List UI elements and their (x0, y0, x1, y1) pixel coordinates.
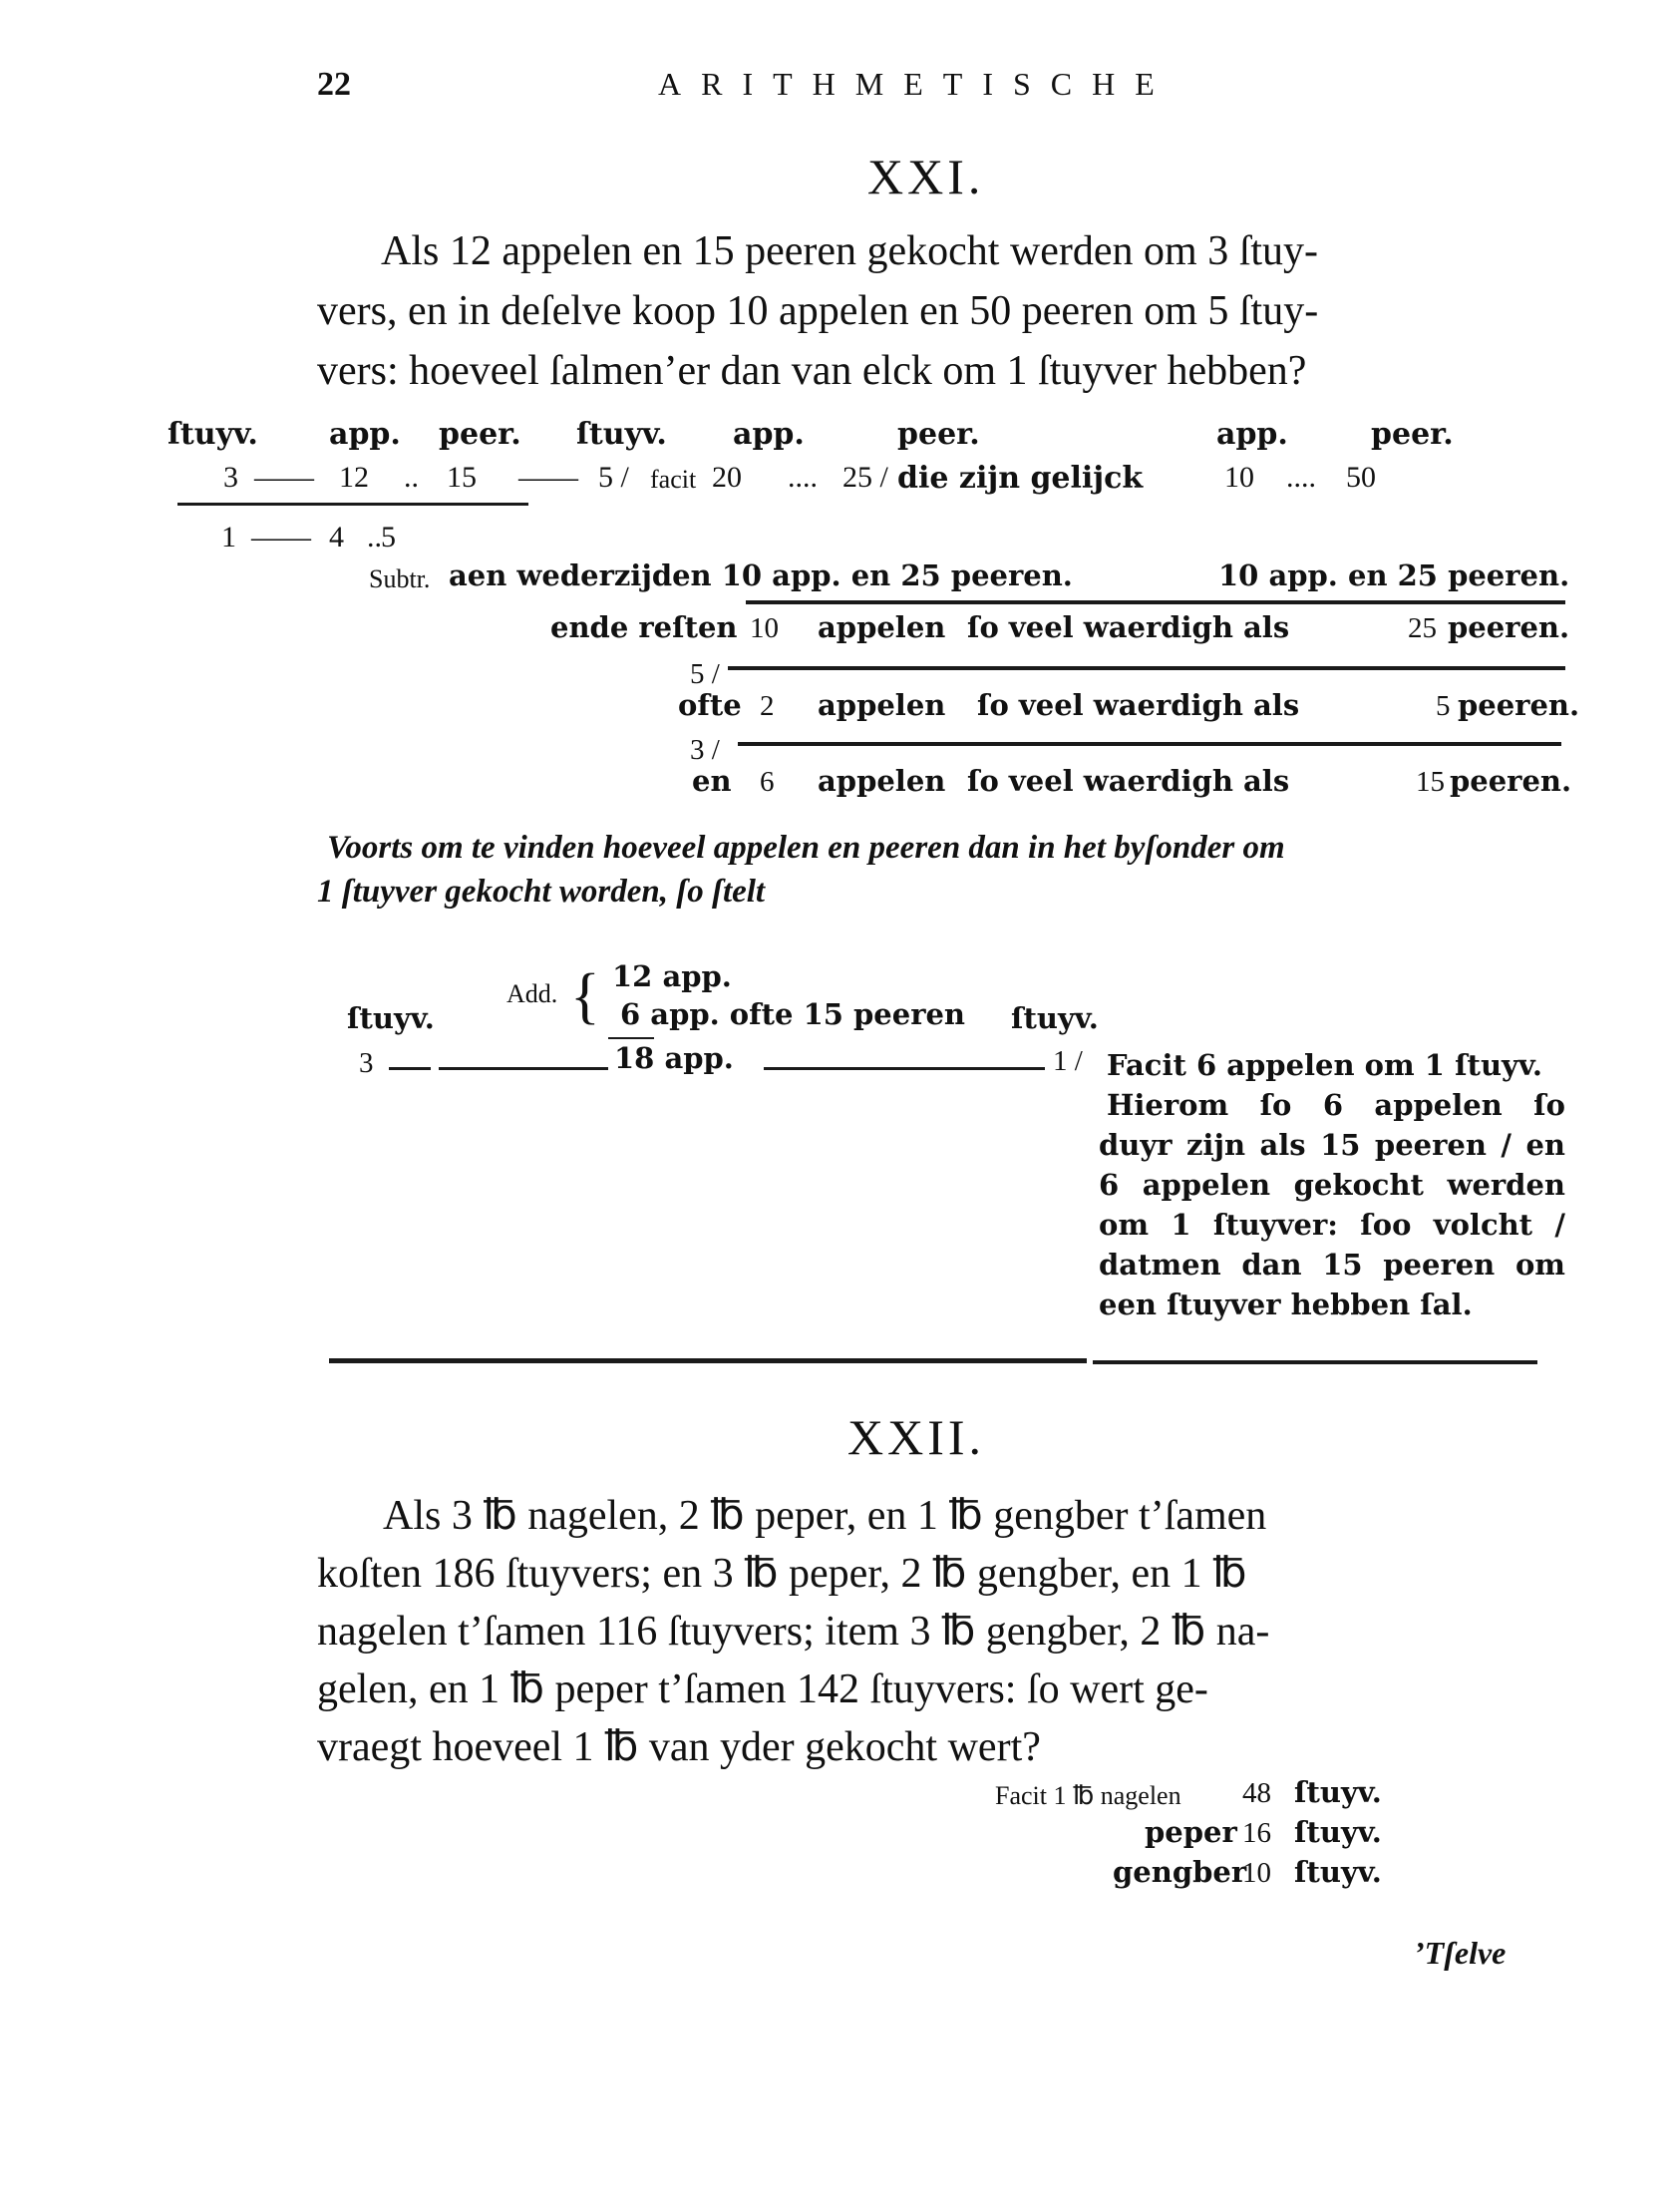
dash-line (764, 1067, 1045, 1070)
subtr-label: Subtr. (369, 564, 430, 594)
section-divider (329, 1358, 1087, 1363)
facit-unit: ſtuyv. (1294, 1815, 1382, 1849)
add-label: Add. (506, 979, 557, 1009)
rest-left: appelen (818, 764, 945, 798)
facit-line: om 1 ſtuyver: ſoo volcht / (1099, 1205, 1565, 1245)
equals-text: die zijn gelijck (897, 461, 1143, 496)
rest-n: 2 (760, 690, 775, 723)
value: 1 (221, 521, 236, 554)
brace-icon: { (570, 965, 600, 1027)
value: 50 (1346, 461, 1376, 495)
header-stuyv: ſtuyv. (168, 417, 258, 452)
value: 12 (339, 461, 369, 495)
value: 5 (381, 521, 396, 554)
facit-unit: ſtuyv. (1294, 1855, 1382, 1889)
catchword: ’Tſelve (1414, 1935, 1506, 1972)
rest-n: 10 (750, 612, 779, 645)
rest-left: appelen (818, 688, 945, 722)
facit-value: 48 (1242, 1777, 1271, 1810)
divisor: 5 / (690, 658, 720, 691)
facit-value: 10 (1242, 1857, 1271, 1890)
facit-label: peper (1145, 1815, 1237, 1849)
dots: .. (367, 521, 382, 554)
subtr-text: aen wederzijden 10 app. en 25 peeren. (449, 558, 1073, 592)
question-line: gelen, en 1 ℔ peper t’ſamen 142 ſtuyvers… (317, 1663, 1208, 1713)
subtr-right: 10 app. en 25 peeren. (1218, 558, 1569, 592)
page-number: 22 (317, 66, 351, 104)
value: 3 (223, 461, 238, 495)
calc-right: 1 / (1053, 1045, 1083, 1078)
value: 20 (712, 461, 742, 495)
facit-value: 16 (1242, 1817, 1271, 1850)
facit-label: facit (650, 465, 696, 495)
question-line: vraegt hoeveel 1 ℔ van yder gekocht wert… (317, 1721, 1041, 1771)
dash-line (389, 1067, 431, 1070)
divider-line (177, 503, 528, 506)
header-peer: peer. (1371, 417, 1454, 452)
header-app: app. (733, 417, 805, 452)
rest-right: peeren. (1458, 688, 1579, 722)
header-peer: peer. (439, 417, 521, 452)
rest-mid: ſo veel waerdigh als (967, 764, 1289, 798)
rest-prefix: en (692, 764, 732, 798)
italic-note-line: Voorts om te vinden hoeveel appelen en p… (327, 830, 1285, 867)
question-line: Als 3 ℔ nagelen, 2 ℔ peper, en 1 ℔ gengb… (383, 1490, 1266, 1540)
value: 10 (1224, 461, 1254, 495)
facit-label: gengber (1113, 1855, 1246, 1889)
dash: —— (251, 521, 311, 554)
rest-left: appelen (818, 610, 945, 644)
question-line: vers, en in deſelve koop 10 appelen en 5… (317, 281, 1318, 341)
facit-explanation: Facit 6 appelen om 1 ſtuyv. Hierom ſo 6 … (1107, 1045, 1565, 1324)
rest-n: 6 (760, 766, 775, 799)
value: 15 (447, 461, 477, 495)
divider-line (728, 666, 1565, 670)
header-app: app. (1216, 417, 1288, 452)
divisor: 3 / (690, 734, 720, 767)
facit-unit: ſtuyv. (1294, 1775, 1382, 1809)
problem-22-number: XXII. (847, 1408, 985, 1466)
italic-note-line: 1 ſtuyver gekocht worden, ſo ſtelt (317, 874, 765, 911)
rest-prefix: ofte (678, 688, 742, 722)
rest-right: peeren. (1448, 610, 1569, 644)
header-stuyv: ſtuyv. (576, 417, 667, 452)
add-left-header: ſtuyv. (347, 1001, 435, 1035)
value: 4 (329, 521, 344, 554)
dots: .... (788, 461, 818, 495)
facit-line: een ſtuyver hebben ſal. (1099, 1285, 1565, 1324)
section-divider (1093, 1360, 1537, 1364)
dash: —— (254, 461, 314, 495)
calc-mid: 18 app. (614, 1041, 734, 1075)
facit-line: 6 appelen gekocht werden (1099, 1165, 1565, 1205)
sum-line (608, 1037, 654, 1039)
calc-left: 3 (359, 1047, 374, 1080)
facit-label: Facit 1 ℔ nagelen (995, 1781, 1181, 1811)
rest-m: 15 (1416, 766, 1445, 799)
header-peer: peer. (897, 417, 980, 452)
value: 25 / (842, 461, 888, 495)
value: 5 / (598, 461, 629, 495)
question-line: Als 12 appelen en 15 peeren gekocht werd… (381, 221, 1318, 281)
rest-right: peeren. (1450, 764, 1571, 798)
header-app: app. (329, 417, 401, 452)
divider-line (746, 600, 1565, 604)
dash-line (439, 1067, 608, 1070)
dash: —— (518, 461, 578, 495)
dots: .... (1286, 461, 1316, 495)
rest-prefix: ende reſten (550, 610, 738, 644)
question-line: vers: hoeveel ſalmen’er dan van elck om … (317, 341, 1306, 401)
rest-mid: ſo veel waerdigh als (977, 688, 1299, 722)
dots: .. (404, 461, 419, 495)
rest-m: 25 (1408, 612, 1437, 645)
running-title: ARITHMETISCHE (658, 66, 1175, 103)
divider-line (738, 742, 1561, 746)
rest-m: 5 (1436, 690, 1451, 723)
facit-line: Hierom ſo 6 appelen ſo (1107, 1085, 1565, 1125)
question-line: koſten 186 ſtuyvers; en 3 ℔ peper, 2 ℔ g… (317, 1548, 1246, 1598)
facit-line: duyr zijn als 15 peeren / en (1099, 1125, 1565, 1165)
add-line-1: 12 app. (612, 959, 732, 993)
add-line-2: 6 app. ofte 15 peeren (620, 997, 965, 1031)
question-line: nagelen t’ſamen 116 ſtuyvers; item 3 ℔ g… (317, 1606, 1269, 1656)
problem-21-number: XXI. (867, 148, 984, 205)
facit-line: datmen dan 15 peeren om (1099, 1245, 1565, 1285)
facit-line: Facit 6 appelen om 1 ſtuyv. (1107, 1045, 1565, 1085)
rest-mid: ſo veel waerdigh als (967, 610, 1289, 644)
add-right-header: ſtuyv. (1011, 1001, 1099, 1035)
